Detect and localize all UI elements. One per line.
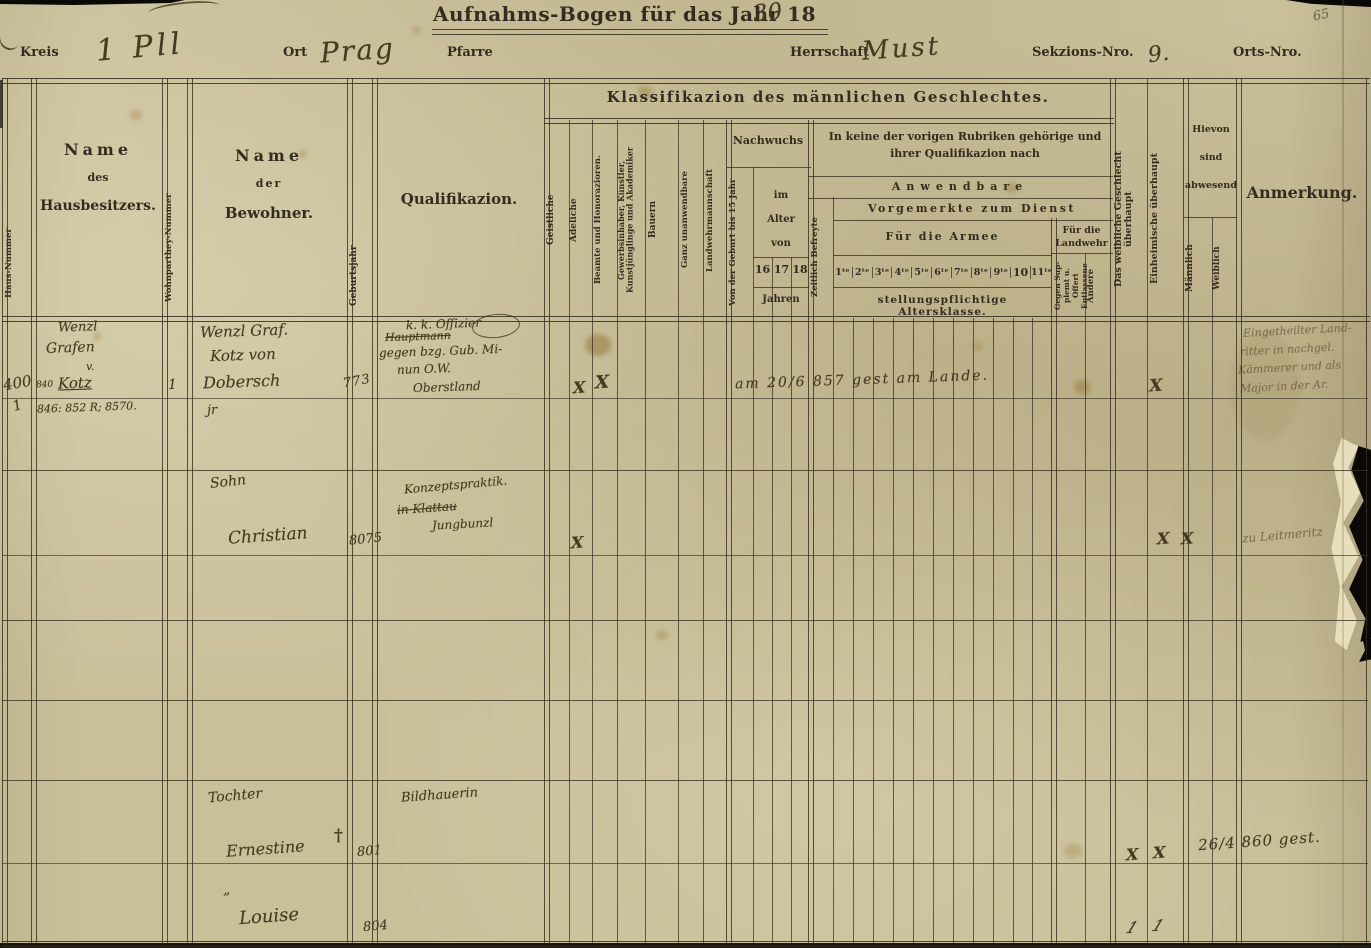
entry-bewohner-line: Ernestine: [225, 836, 305, 860]
age-cell-16: 16: [753, 263, 772, 276]
grid-line: [913, 318, 914, 943]
entry-geburtsjahr: 804: [362, 918, 388, 935]
col-header-im-alter-von: im Alter von: [753, 184, 809, 256]
entry-qualifikazion-line-struck: in Klattau: [397, 499, 458, 517]
grid-line: [678, 120, 679, 943]
armee-class-cell: 4ᵗᵉ: [892, 267, 912, 278]
grid-line: [2, 398, 1368, 399]
entry-hausbesitzer-line: v.: [86, 360, 95, 373]
grid-line: [1366, 78, 1371, 944]
entry-haus-nummer: 400: [2, 372, 33, 395]
stain: [656, 630, 668, 640]
page-edge-top-left: [0, 0, 185, 5]
tally-stroke-mark: 1: [1149, 916, 1167, 935]
grid-line: [1147, 78, 1148, 943]
col-header-bewohner: Bewohner.: [190, 204, 348, 222]
col-header-name-line: des: [33, 171, 163, 184]
armee-class-cell: 10: [1011, 266, 1031, 279]
stain: [973, 342, 983, 351]
col-header-qualifikazion: Qualifikazion.: [375, 190, 543, 208]
grid-line: [993, 318, 994, 943]
cross-death-mark: †: [334, 826, 343, 846]
tally-x-mark: X: [1155, 529, 1171, 549]
entry-qualifikazion-line: nun O.W.: [397, 361, 451, 377]
col-header-weibliches-geschlecht: Das weibliche Geschlecht überhaupt: [1114, 124, 1146, 314]
entry-anmerkung-line: ritter in nachgel.: [1240, 341, 1335, 359]
grid-line: [833, 287, 1052, 288]
grid-line: [791, 257, 792, 943]
group-header-rubriken: In keine der vorigen Rubriken gehörige u…: [822, 128, 1108, 162]
entry-anmerkung-line: Kämmerer und als: [1238, 358, 1342, 376]
col-header-ganz-unanwendbare: Ganz unanwendbare: [681, 126, 701, 314]
grid-line: [893, 318, 894, 943]
tally-x-mark: X: [1151, 843, 1167, 863]
grid-line: [2, 555, 1368, 556]
entry-anmerkung-line: zu Leitmeritz: [1242, 525, 1324, 546]
col-header-hausbesitzers: Hausbesitzers.: [33, 198, 163, 214]
col-header-einheimische: Einheimische überhaupt: [1150, 124, 1182, 314]
ort-value: Prag: [319, 31, 396, 69]
tally-stroke-mark: 1: [1123, 918, 1141, 937]
col-header-landwehrmannschaft: Landwehrmannschaft: [706, 126, 725, 314]
grid-line: [973, 318, 974, 943]
col-header-gewerbsinhaber: Gewerbsinhaber, Künstler, Kunstjünglinge…: [617, 126, 644, 314]
entry-hausbesitzer-line: Wenzl: [58, 319, 98, 335]
armee-class-cell: 5ᵗᵉ: [912, 267, 932, 278]
tally-x-mark: X: [593, 372, 611, 394]
age-cell-17: 17: [772, 263, 791, 276]
col-header-anmerkung: Anmerkung.: [1238, 183, 1366, 202]
grid-line: [1051, 218, 1057, 944]
group-header-hievon-line: sind: [1185, 152, 1237, 163]
grid-line: [1236, 78, 1242, 944]
entry-hausbesitzer-number: 840: [36, 380, 54, 391]
census-sheet-page: Aufnahms-Bogen für das Jahr 18 30 65 Kre…: [0, 0, 1371, 948]
col-header-maennlich: Männlich: [1186, 222, 1210, 314]
grid-line: [2, 620, 1368, 621]
armee-class-cell: 6ᵗᵉ: [932, 267, 952, 278]
grid-line: [833, 220, 1113, 221]
entry-bewohner-line: Sohn: [209, 472, 247, 492]
group-header-nachwuchs: Nachwuchs: [727, 134, 809, 147]
grid-line: [2, 316, 1370, 322]
entry-bewohner-line: Tochter: [207, 786, 262, 807]
stain: [130, 110, 142, 120]
grid-line: [808, 176, 1113, 177]
kreis-value: 1 Pll: [95, 26, 186, 69]
entry-hausbesitzer-line: Kotz: [58, 373, 92, 392]
grid-line: [953, 318, 954, 943]
grid-line: [2, 78, 1370, 84]
col-header-name-line: der: [190, 177, 348, 190]
entry-hausbesitzer-line: Grafen: [46, 339, 95, 357]
grid-line: [753, 257, 809, 258]
sekzions-nro-value: 9.: [1146, 41, 1170, 69]
entry-bewohner-line: Kotz von: [210, 345, 276, 365]
stain: [412, 26, 421, 34]
entry-death-note: 26/4 860 gest.: [1198, 828, 1322, 855]
group-header-hievon-line: Hievon: [1185, 124, 1237, 135]
stain: [585, 334, 611, 356]
entry-anmerkung-line: Eingetheilter Land-: [1243, 321, 1352, 340]
group-header-fuer-die-landwehr: Für die Landwehr: [1052, 224, 1111, 250]
entry-bewohner-line: Wenzl Graf.: [200, 320, 289, 341]
grid-line: [703, 120, 704, 943]
entry-bewohner-line: jr: [207, 403, 218, 418]
armee-class-cell: 3ᵗᵉ: [873, 267, 893, 278]
tally-x-mark: X: [1147, 376, 1164, 397]
page-edge-top-right: [1286, 0, 1371, 7]
col-header-wohnparthey-nummer: Wohnparthey-Nummer: [165, 186, 186, 310]
grid-line: [544, 118, 1114, 124]
sekzions-nro-label: Sekzions-Nro.: [1032, 45, 1134, 60]
pfarre-label: Pfarre: [447, 45, 493, 60]
grid-line: [2, 78, 8, 944]
tally-x-mark: X: [571, 378, 587, 398]
armee-class-cell: 7ᵗᵉ: [952, 267, 972, 278]
armee-class-cell: 11ᵗᵉ: [1031, 267, 1052, 278]
grid-line: [645, 120, 646, 943]
entry-geburtsjahr: 801: [356, 843, 382, 860]
grid-line: [2, 780, 1368, 781]
entry-bewohner-line: Louise: [238, 904, 299, 929]
group-header-hievon-line: abwesend: [1185, 180, 1237, 191]
entry-qualifikazion-line: Jungbunzl: [432, 515, 494, 532]
fold-crease: [1342, 0, 1344, 948]
group-header-fuer-die-armee: Für die Armee: [833, 230, 1052, 243]
grid-line: [726, 167, 811, 168]
entry-qualifikazion-line: Oberstland: [413, 379, 481, 395]
entry-wohnparthey: 1: [168, 377, 177, 393]
col-header-weiblich: Weiblich: [1213, 222, 1235, 314]
armee-class-cell: 8ᵗᵉ: [972, 267, 992, 278]
grid-line: [1183, 78, 1189, 944]
col-footer-altersklasse: stellungspflichtige Altersklasse.: [833, 294, 1052, 318]
grid-line: [833, 255, 1052, 256]
group-header-vorgemerkte: Vorgemerkte zum Dienst: [833, 202, 1111, 215]
col-header-gegen-supplement: Gegen Sup- plemt u. Offert Entlassene: [1053, 256, 1084, 316]
armee-class-row: 1ᵗᵉ 2ᵗᵉ 3ᵗᵉ 4ᵗᵉ 5ᵗᵉ 6ᵗᵉ 7ᵗᵉ 8ᵗᵉ 9ᵗᵉ 10 1…: [833, 258, 1052, 286]
stain: [1074, 380, 1091, 394]
entry-qualifikazion-line: Konzeptspraktik.: [404, 474, 508, 497]
entry-qualifikazion-line: gegen bzg. Gub. Mi-: [379, 342, 503, 360]
herrschaft-value: Must: [861, 31, 942, 66]
grid-line: [1183, 217, 1237, 218]
col-header-beamte: Beamte und Honorazioren.: [594, 126, 616, 314]
grid-line: [772, 257, 773, 943]
col-header-geburtsjahr: Geburtsjahr: [350, 240, 371, 312]
entry-geburtsjahr: 773: [342, 372, 372, 392]
title-year-handwritten: 30: [752, 0, 784, 27]
grid-line: [1051, 253, 1113, 254]
col-header-geburt-bis-15: Von der Geburt bis 15 Jahr: [729, 172, 751, 312]
armee-class-cell: 1ᵗᵉ: [833, 267, 853, 278]
grid-line: [1212, 217, 1213, 943]
entry-bewohner-line: Dobersch: [203, 371, 281, 393]
title-underline: [432, 29, 828, 35]
grid-line: [2, 863, 1368, 864]
col-header-haus-nummer: Haus-Nummer: [5, 212, 30, 314]
col-header-adeliche: Adeliche: [570, 126, 591, 314]
grid-line: [873, 318, 874, 943]
armee-class-cell: 2ᵗᵉ: [853, 267, 873, 278]
grid-line: [753, 287, 809, 288]
grid-line: [1085, 253, 1086, 943]
tally-x-mark: X: [569, 533, 585, 553]
tally-x-mark: X: [1179, 529, 1195, 549]
grid-line: [808, 198, 1113, 199]
kreis-label: Kreis: [20, 45, 59, 60]
col-header-andere: Andere: [1087, 256, 1109, 316]
grid-line: [853, 318, 854, 943]
tally-x-mark: X: [1124, 845, 1140, 865]
grid-line: [2, 470, 1368, 471]
grid-line: [933, 318, 934, 943]
col-header-name-line: Name: [33, 140, 163, 159]
armee-class-cell: 9ᵗᵉ: [991, 267, 1011, 278]
entry-hausbesitzer-line: 846: 852 R; 8570.: [37, 399, 137, 415]
herrschaft-label: Herrschaft: [790, 45, 869, 60]
entry-bewohner-line: Christian: [227, 523, 308, 549]
grid-line: [1032, 318, 1033, 943]
ort-label: Ort: [283, 45, 307, 60]
col-header-name-line: Name: [190, 146, 348, 165]
age-cell-18: 18: [791, 263, 809, 276]
entry-ditto-mark: „: [223, 882, 231, 898]
col-header-bauern: Bauern: [649, 126, 674, 314]
entry-qualifikazion-line-struck: Hauptmann: [385, 329, 451, 344]
entry-haus-nummer-2: 1: [11, 397, 24, 415]
entry-anmerkung-line: Major in der Ar.: [1240, 378, 1329, 396]
grid-line: [2, 941, 1370, 947]
corner-pencil-mark: 65: [1312, 6, 1331, 24]
col-header-geistliche: Geistliche: [547, 126, 568, 314]
section-header-klassifikazion: Klassifikazion des männlichen Geschlecht…: [547, 88, 1109, 106]
grid-line: [2, 700, 1368, 701]
col-header-jahren: Jahren: [753, 294, 809, 305]
entry-qualifikazion-line: Bildhauerin: [401, 785, 479, 805]
stain: [1064, 844, 1082, 858]
col-header-zeitlich-befreyte: Zeitlich Befreyte: [811, 200, 832, 314]
group-header-anwendbare: Anwendbare: [810, 180, 1110, 193]
orts-nro-label: Orts-Nro.: [1233, 45, 1302, 60]
grid-line: [1013, 318, 1014, 943]
